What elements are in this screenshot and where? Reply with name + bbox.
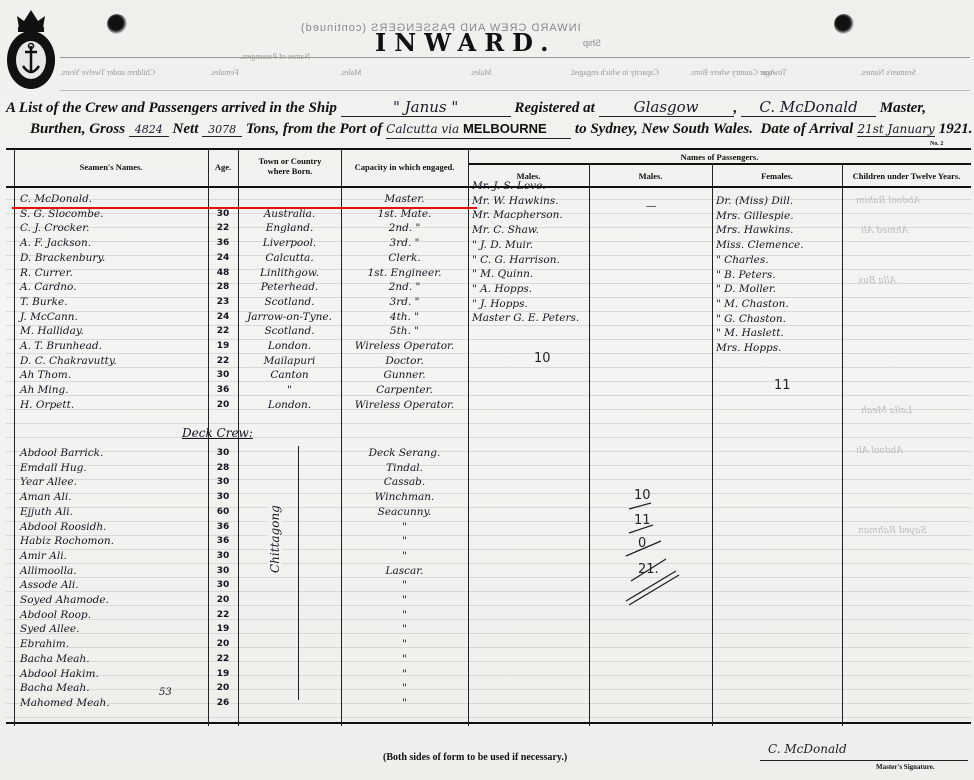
deck-crew-capacity: "	[341, 578, 468, 592]
crew-name: S. G. Slocombe.	[20, 207, 104, 221]
crew-age: 23	[208, 295, 238, 309]
port-label: Tons, from the Port of	[246, 121, 383, 137]
destination-label: to Sydney, New South Wales.	[575, 121, 753, 137]
male-passenger: " M. Quinn.	[472, 267, 533, 281]
crew-birthplace: Linlithgow.	[238, 266, 341, 280]
bleed-through-text: Abdool Ali	[856, 446, 903, 456]
crew-age: 22	[208, 221, 238, 235]
deck-crew-capacity: "	[341, 608, 468, 622]
col-divider	[589, 164, 590, 726]
deck-crew-heading: Deck Crew:	[182, 426, 253, 440]
crew-name: Ah Thom.	[20, 368, 71, 382]
crew-capacity: Doctor.	[341, 354, 468, 368]
bleed-through-text: Ahmed Ali	[861, 226, 908, 236]
deck-crew-age: 30	[208, 475, 238, 489]
deck-crew-capacity: "	[341, 622, 468, 636]
arrival-label: Date of Arrival	[761, 121, 854, 137]
crew-name: J. McCann.	[20, 310, 78, 324]
deck-crew-age: 26	[208, 696, 238, 710]
deck-crew-name: Ebrahim.	[20, 637, 69, 651]
from-port-stamp: MELBOURNE	[463, 121, 547, 136]
bleed-through-text: Alla Bux	[858, 276, 896, 286]
female-passenger: " G. Chaston.	[716, 312, 786, 326]
ghost-header: Males.	[340, 68, 362, 77]
col-divider	[468, 150, 469, 726]
crew-name: H. Orpett.	[20, 398, 74, 412]
master-label: Master,	[880, 100, 926, 116]
deck-crew-age: 28	[208, 461, 238, 475]
deck-crew-capacity: Tindal.	[341, 461, 468, 475]
crew-birthplace: Mailapuri	[238, 354, 341, 368]
female-passenger-total: 11	[774, 378, 791, 393]
arrival-year: 1921.	[939, 121, 973, 137]
deck-crew-age: 30	[208, 564, 238, 578]
bleed-through-text: Sayed Rahman	[858, 526, 926, 536]
crew-capacity: 4th. "	[341, 310, 468, 324]
male-passenger: Mr. W. Hawkins.	[472, 194, 559, 208]
bleed-through-text: Lalla Meah	[861, 406, 912, 416]
nett-label: Nett	[173, 121, 199, 137]
ghost-header: Females.	[210, 68, 239, 77]
bleed-through-ship-label: Ship	[583, 38, 601, 48]
burthen-label: Burthen, Gross	[30, 121, 125, 137]
arrival-date: 21st January	[857, 122, 935, 137]
deck-crew-age: 30	[208, 490, 238, 504]
crew-capacity: 3rd. "	[341, 295, 468, 309]
deck-crew-capacity: "	[341, 696, 468, 710]
female-passenger: Mrs. Hawkins.	[716, 223, 793, 237]
crew-capacity: Carpenter.	[341, 383, 468, 397]
deck-crew-capacity: "	[341, 520, 468, 534]
ghost-header: Names of Passengers.	[240, 52, 310, 61]
crew-name: M. Halliday.	[20, 324, 84, 338]
signature-label: Master's Signature.	[876, 763, 935, 771]
crew-birthplace: Canton	[238, 368, 341, 382]
deck-crew-age: 36	[208, 520, 238, 534]
deck-crew-age: 19	[208, 667, 238, 681]
males2-dash: —	[646, 199, 657, 213]
crew-birthplace: Peterhead.	[238, 280, 341, 294]
deck-crew-capacity: "	[341, 534, 468, 548]
crew-age: 36	[208, 236, 238, 250]
deck-crew-age: 22	[208, 608, 238, 622]
deck-crew-name: Aman Ali.	[20, 490, 72, 504]
male-passenger: " A. Hopps.	[472, 282, 532, 296]
header-born: Town or Country where Born.	[250, 156, 330, 176]
red-annotation-line	[12, 207, 477, 209]
female-passenger: " Charles.	[716, 253, 769, 267]
header-males-2: Males.	[589, 171, 712, 181]
registered-label: Registered at	[514, 100, 594, 116]
passenger-group-rule	[468, 163, 971, 165]
crew-name: Ah Ming.	[20, 383, 69, 397]
deck-crew-name: Mahomed Meah.	[20, 696, 110, 710]
punch-hole-right	[834, 14, 854, 34]
col-divider	[14, 150, 15, 726]
deck-crew-capacity: "	[341, 681, 468, 695]
deck-crew-age: 20	[208, 593, 238, 607]
ghost-header: Age.	[760, 68, 775, 77]
crew-name: C. McDonald.	[20, 192, 92, 206]
deck-crew-name: Abdool Roosidh.	[20, 520, 106, 534]
deck-crew-name: Assode Ali.	[20, 578, 79, 592]
crew-passenger-table: Seamen's Names. Age. Town or Country whe…	[6, 146, 971, 726]
crew-capacity: Master.	[341, 192, 468, 206]
deck-crew-name: Emdall Hug.	[20, 461, 87, 475]
crew-age: 28	[208, 280, 238, 294]
master-signature: C. McDonald	[768, 742, 847, 756]
signature-line	[760, 760, 968, 761]
crew-age: 24	[208, 310, 238, 324]
crew-capacity: 1st. Mate.	[341, 207, 468, 221]
female-passenger: Mrs. Gillespie.	[716, 209, 794, 223]
crew-name: A. Cardno.	[20, 280, 77, 294]
deck-crew-name: Year Allee.	[20, 475, 77, 489]
female-passenger: " M. Haslett.	[716, 326, 784, 340]
crew-name: T. Burke.	[20, 295, 68, 309]
header-females: Females.	[712, 171, 842, 181]
deck-crew-capacity: Seacunny.	[341, 505, 468, 519]
header-age: Age.	[208, 162, 238, 172]
deck-crew-name: Habiz Rochomon.	[20, 534, 114, 548]
deck-crew-name: Amir Ali.	[20, 549, 67, 563]
deck-crew-capacity: "	[341, 667, 468, 681]
female-passenger: Dr. (Miss) Dill.	[716, 194, 793, 208]
deck-crew-name: Soyed Ahamode.	[20, 593, 109, 607]
crew-age: 36	[208, 383, 238, 397]
female-passenger: Miss. Clemence.	[716, 238, 804, 252]
deck-crew-age: 30	[208, 446, 238, 460]
male-passenger: Mr. J. S. Love.	[472, 179, 546, 193]
deck-crew-age: 20	[208, 637, 238, 651]
crew-name: A. T. Brunhead.	[20, 339, 102, 353]
crew-birthplace: Scotland.	[238, 324, 341, 338]
deck-crew-capacity: Deck Serang.	[341, 446, 468, 460]
male-passenger: " J. D. Muir.	[472, 238, 533, 252]
master-name: C. McDonald	[741, 98, 876, 117]
crown-anchor-crest-icon	[5, 6, 57, 91]
crew-age: 48	[208, 266, 238, 280]
footer-note: (Both sides of form to be used if necess…	[383, 752, 567, 763]
col-divider	[712, 164, 713, 726]
deck-crew-capacity: "	[341, 652, 468, 666]
crew-capacity: 3rd. "	[341, 236, 468, 250]
crew-birthplace: Liverpool.	[238, 236, 341, 250]
header-children: Children under Twelve Years.	[842, 171, 971, 181]
male-passenger-total: 10	[534, 351, 551, 366]
crew-age: 22	[208, 324, 238, 338]
ditto-bracket-line	[298, 446, 299, 700]
ghost-header: Males.	[470, 68, 492, 77]
male-passenger: " C. G. Harrison.	[472, 253, 560, 267]
male-passenger: Master G. E. Peters.	[472, 311, 579, 325]
crew-capacity: 5th. "	[341, 324, 468, 338]
table-bottom-rule	[6, 722, 971, 724]
female-passenger: " B. Peters.	[716, 268, 776, 282]
ghost-header: Seamen's Names.	[860, 68, 916, 77]
header-seamen-names: Seamen's Names.	[14, 162, 208, 172]
deck-crew-name: Abdool Roop.	[20, 608, 91, 622]
female-passenger: Mrs. Hopps.	[716, 341, 781, 355]
deck-crew-age: 30	[208, 578, 238, 592]
female-passenger: " M. Chaston.	[716, 297, 789, 311]
crew-birthplace	[238, 192, 341, 206]
deck-crew-name: Abdool Hakim.	[20, 667, 99, 681]
ghost-header: Capacity in which engaged.	[570, 68, 659, 77]
punch-hole-left	[107, 14, 127, 34]
form-title: INWARD.	[375, 28, 556, 57]
ship-line: A List of the Crew and Passengers arrive…	[6, 98, 926, 117]
header-capacity: Capacity in which engaged.	[341, 162, 468, 172]
table-top-rule	[6, 148, 971, 150]
crew-capacity: Wireless Operator.	[341, 398, 468, 412]
deck-crew-name: Allimoolla.	[20, 564, 77, 578]
crew-capacity: 2nd. "	[341, 221, 468, 235]
male-passenger: Mr. Macpherson.	[472, 208, 563, 222]
deck-crew-name: Ejjuth Ali.	[20, 505, 73, 519]
crew-birthplace: Calcutta.	[238, 251, 341, 265]
crew-birthplace: Jarrow-on-Tyne.	[238, 310, 341, 324]
crew-name: D. C. Chakravutty.	[20, 354, 117, 368]
deck-crew-age: 20	[208, 681, 238, 695]
ship-line-label: A List of the Crew and Passengers arrive…	[6, 100, 337, 116]
ghost-header: Children under Twelve Years.	[60, 68, 155, 77]
bleed-through-header-row: Children under Twelve Years. Females. Ma…	[60, 57, 970, 91]
male-passenger: " J. Hopps.	[472, 297, 528, 311]
crew-age: 19	[208, 339, 238, 353]
deck-crew-capacity: "	[341, 593, 468, 607]
deck-crew-name: Abdool Barrick.	[20, 446, 103, 460]
crew-birthplace: "	[238, 383, 341, 397]
crew-birthplace: Scotland.	[238, 295, 341, 309]
ship-name: " Janus "	[341, 98, 511, 117]
crew-age: 20	[208, 398, 238, 412]
crew-birthplace: Australia.	[238, 207, 341, 221]
deck-crew-capacity: Lascar.	[341, 564, 468, 578]
crew-age: 22	[208, 354, 238, 368]
gross-tons: 4824	[129, 123, 169, 137]
immigration-form-page: INWARD CREW AND PASSENGERS (continued) I…	[0, 0, 974, 780]
nett-tons: 3078	[202, 123, 242, 137]
crew-capacity: Wireless Operator.	[341, 339, 468, 353]
crew-name: R. Currer.	[20, 266, 73, 280]
crew-birthplace: London.	[238, 339, 341, 353]
deck-crew-capacity: Cassab.	[341, 475, 468, 489]
deck-crew-name: Bacha Meah.	[20, 652, 90, 666]
deck-crew-capacity: Winchman.	[341, 490, 468, 504]
crew-age	[208, 192, 238, 206]
deck-crew-age: 19	[208, 622, 238, 636]
male-passenger: Mr. C. Shaw.	[472, 223, 539, 237]
deck-crew-age: 22	[208, 652, 238, 666]
deck-crew-birthplace: Chittagong	[268, 502, 282, 576]
crew-name: C. J. Crocker.	[20, 221, 89, 235]
crew-capacity: 1st. Engineer.	[341, 266, 468, 280]
crew-capacity: Clerk.	[341, 251, 468, 265]
registered-port: Glasgow	[599, 98, 734, 117]
header-passengers: Names of Passengers.	[468, 152, 971, 162]
tally-strokes	[621, 501, 681, 611]
col-divider	[842, 164, 843, 726]
crew-age: 30	[208, 207, 238, 221]
crew-capacity: Gunner.	[341, 368, 468, 382]
deck-crew-age: 60	[208, 505, 238, 519]
deck-crew-name: Syed Allee.	[20, 622, 79, 636]
crew-age: 30	[208, 368, 238, 382]
deck-crew-age: 36	[208, 534, 238, 548]
crew-birthplace: England.	[238, 221, 341, 235]
deck-crew-capacity: "	[341, 549, 468, 563]
crew-name: D. Brackenbury.	[20, 251, 105, 265]
female-passenger: " D. Moller.	[716, 282, 776, 296]
crew-age: 24	[208, 251, 238, 265]
deck-crew-name: Bacha Meah.	[20, 681, 90, 695]
crew-birthplace: London.	[238, 398, 341, 412]
burthen-line: Burthen, Gross 4824 Nett 3078 Tons, from…	[30, 121, 973, 139]
crew-name: A. F. Jackson.	[20, 236, 91, 250]
deck-crew-age: 30	[208, 549, 238, 563]
deck-crew-capacity: "	[341, 637, 468, 651]
crew-total-note: 53	[159, 686, 172, 700]
crew-capacity: 2nd. "	[341, 280, 468, 294]
from-port-handwritten: Calcutta via	[386, 122, 459, 136]
bleed-through-text: Abdool Rahim	[856, 196, 920, 206]
